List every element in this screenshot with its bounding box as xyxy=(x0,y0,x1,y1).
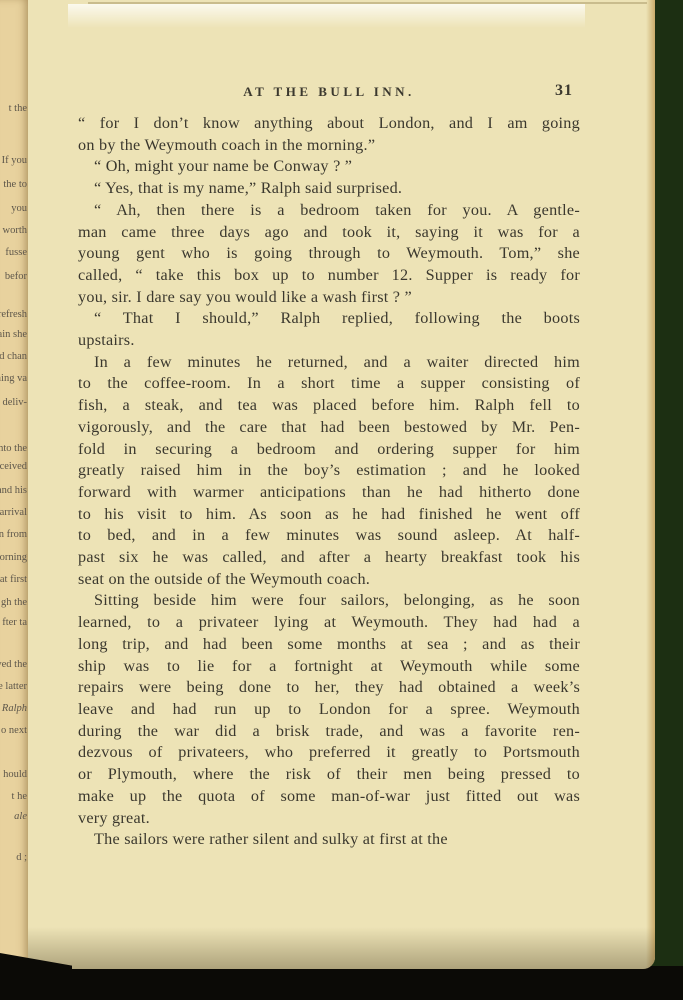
adjacent-page-text-fragment: hould xyxy=(3,770,27,781)
text-line: “ for I don’t know anything about London… xyxy=(78,113,580,135)
text-line: fold in securing a bedroom and ordering … xyxy=(78,439,580,461)
text-line: greatly raised him in the boy’s estimati… xyxy=(78,460,580,482)
book-page: AT THE BULL INN. 31 “ for I don’t know a… xyxy=(28,0,655,969)
text-line: dezvous of privateers, who preferred it … xyxy=(78,742,580,764)
adjacent-page-text-fragment: worth xyxy=(3,226,28,237)
page-bottom-shadow xyxy=(28,927,655,969)
adjacent-page-text-fragment: o next xyxy=(1,726,27,737)
text-line: young gent who is going through to Weymo… xyxy=(78,243,580,265)
text-line: to the coffee-room. In a short time a su… xyxy=(78,373,580,395)
paragraph: In a few minutes he returned, and a wait… xyxy=(78,352,580,591)
text-line: repairs were being done to her, they had… xyxy=(78,677,580,699)
text-line: Sitting beside him were four sailors, be… xyxy=(78,590,580,612)
text-line: “ That I should,” Ralph replied, followi… xyxy=(78,308,580,330)
adjacent-page-text-fragment: ion from xyxy=(0,530,27,541)
text-line: you, sir. I dare say you would like a wa… xyxy=(78,287,580,309)
text-line: “ Ah, then there is a bedroom taken for … xyxy=(78,200,580,222)
text-line: “ Yes, that is my name,” Ralph said surp… xyxy=(78,178,580,200)
adjacent-page-text-fragment: and his xyxy=(0,486,27,497)
page-number: 31 xyxy=(555,82,573,100)
adjacent-page-text-fragment: fter ta xyxy=(2,618,27,629)
running-title: AT THE BULL INN. xyxy=(78,84,580,100)
paragraph: “ Ah, then there is a bedroom taken for … xyxy=(78,200,580,309)
adjacent-page-text-fragment: ale xyxy=(14,812,27,823)
text-line: past six he was called, and after a hear… xyxy=(78,547,580,569)
adjacent-page-text-fragment: fusse xyxy=(5,248,27,259)
text-line: learned, to a privateer lying at Weymout… xyxy=(78,612,580,634)
text-line: ship was to lie for a fortnight at Weymo… xyxy=(78,656,580,678)
text-line: or Plymouth, where the risk of their men… xyxy=(78,764,580,786)
text-block: “ for I don’t know anything about London… xyxy=(78,113,580,851)
adjacent-page-text-fragment: the to xyxy=(3,180,27,191)
text-line: fish, a steak, and tea was placed before… xyxy=(78,395,580,417)
paragraph: “ Yes, that is my name,” Ralph said surp… xyxy=(78,178,580,200)
adjacent-page-text-fragment: d ; xyxy=(16,853,27,864)
text-line: to his visit to him. As soon as he had f… xyxy=(78,504,580,526)
adjacent-page-text-fragment: befor xyxy=(5,272,27,283)
text-line: make up the quota of some man-of-war jus… xyxy=(78,786,580,808)
text-line: The sailors were rather silent and sulky… xyxy=(78,829,580,851)
adjacent-page-text-fragment: Into the xyxy=(0,444,27,455)
adjacent-page-text-fragment: e latter xyxy=(0,682,27,693)
text-line: called, “ take this box up to number 12.… xyxy=(78,265,580,287)
adjacent-page-text-fragment: ning va xyxy=(0,374,27,385)
adjacent-page-text-fragment: e arrival xyxy=(0,508,27,519)
text-line: on by the Weymouth coach in the morning.… xyxy=(78,135,580,157)
text-line: “ Oh, might your name be Conway ? ” xyxy=(78,156,580,178)
text-line: vigorously, and the care that had been b… xyxy=(78,417,580,439)
paragraph: “ That I should,” Ralph replied, followi… xyxy=(78,308,580,351)
text-line: forward with warmer anticipations than h… xyxy=(78,482,580,504)
adjacent-page-text-fragment: received xyxy=(0,462,27,473)
paragraph: Sitting beside him were four sailors, be… xyxy=(78,590,580,829)
text-line: man came three days ago and took it, say… xyxy=(78,222,580,244)
adjacent-page-text-fragment: If you xyxy=(2,156,27,167)
text-line: very great. xyxy=(78,808,580,830)
text-line: seat on the outside of the Weymouth coac… xyxy=(78,569,580,591)
adjacent-page-text-fragment: gh the xyxy=(1,598,27,609)
paragraph: “ Oh, might your name be Conway ? ” xyxy=(78,156,580,178)
adjacent-page-text-fragment: t he xyxy=(12,792,27,803)
text-line: leave and had run up to London for a spr… xyxy=(78,699,580,721)
running-head: AT THE BULL INN. 31 xyxy=(78,84,580,100)
adjacent-page-text-fragment: refresh xyxy=(0,310,27,321)
text-line: to bed, and in a few minutes was sound a… xyxy=(78,525,580,547)
adjacent-page-text-fragment: ved the xyxy=(0,660,27,671)
adjacent-page-text-fragment: is deliv- xyxy=(0,398,27,409)
adjacent-page-text-fragment: ain she xyxy=(0,330,27,341)
adjacent-page-text-fragment: d at first xyxy=(0,575,27,586)
paragraph: “ for I don’t know anything about London… xyxy=(78,113,580,156)
adjacent-page-text-fragment: Ralph xyxy=(2,704,27,715)
paragraph: The sailors were rather silent and sulky… xyxy=(78,829,580,851)
text-line: upstairs. xyxy=(78,330,580,352)
scan-glare xyxy=(68,4,585,28)
prev-page-edge: t theIf youthe toyouworthfussebeforrefre… xyxy=(0,0,30,966)
adjacent-page-text-fragment: morning xyxy=(0,553,27,564)
adjacent-page-text-fragment: you xyxy=(11,204,27,215)
adjacent-page-text-fragment: d chan xyxy=(0,352,27,363)
text-line: In a few minutes he returned, and a wait… xyxy=(78,352,580,374)
page-deckle-edge xyxy=(646,0,655,969)
adjacent-page-text-fragment: t the xyxy=(9,104,27,115)
text-line: long trip, and had been some months at s… xyxy=(78,634,580,656)
text-line: during the war did a brisk trade, and wa… xyxy=(78,721,580,743)
